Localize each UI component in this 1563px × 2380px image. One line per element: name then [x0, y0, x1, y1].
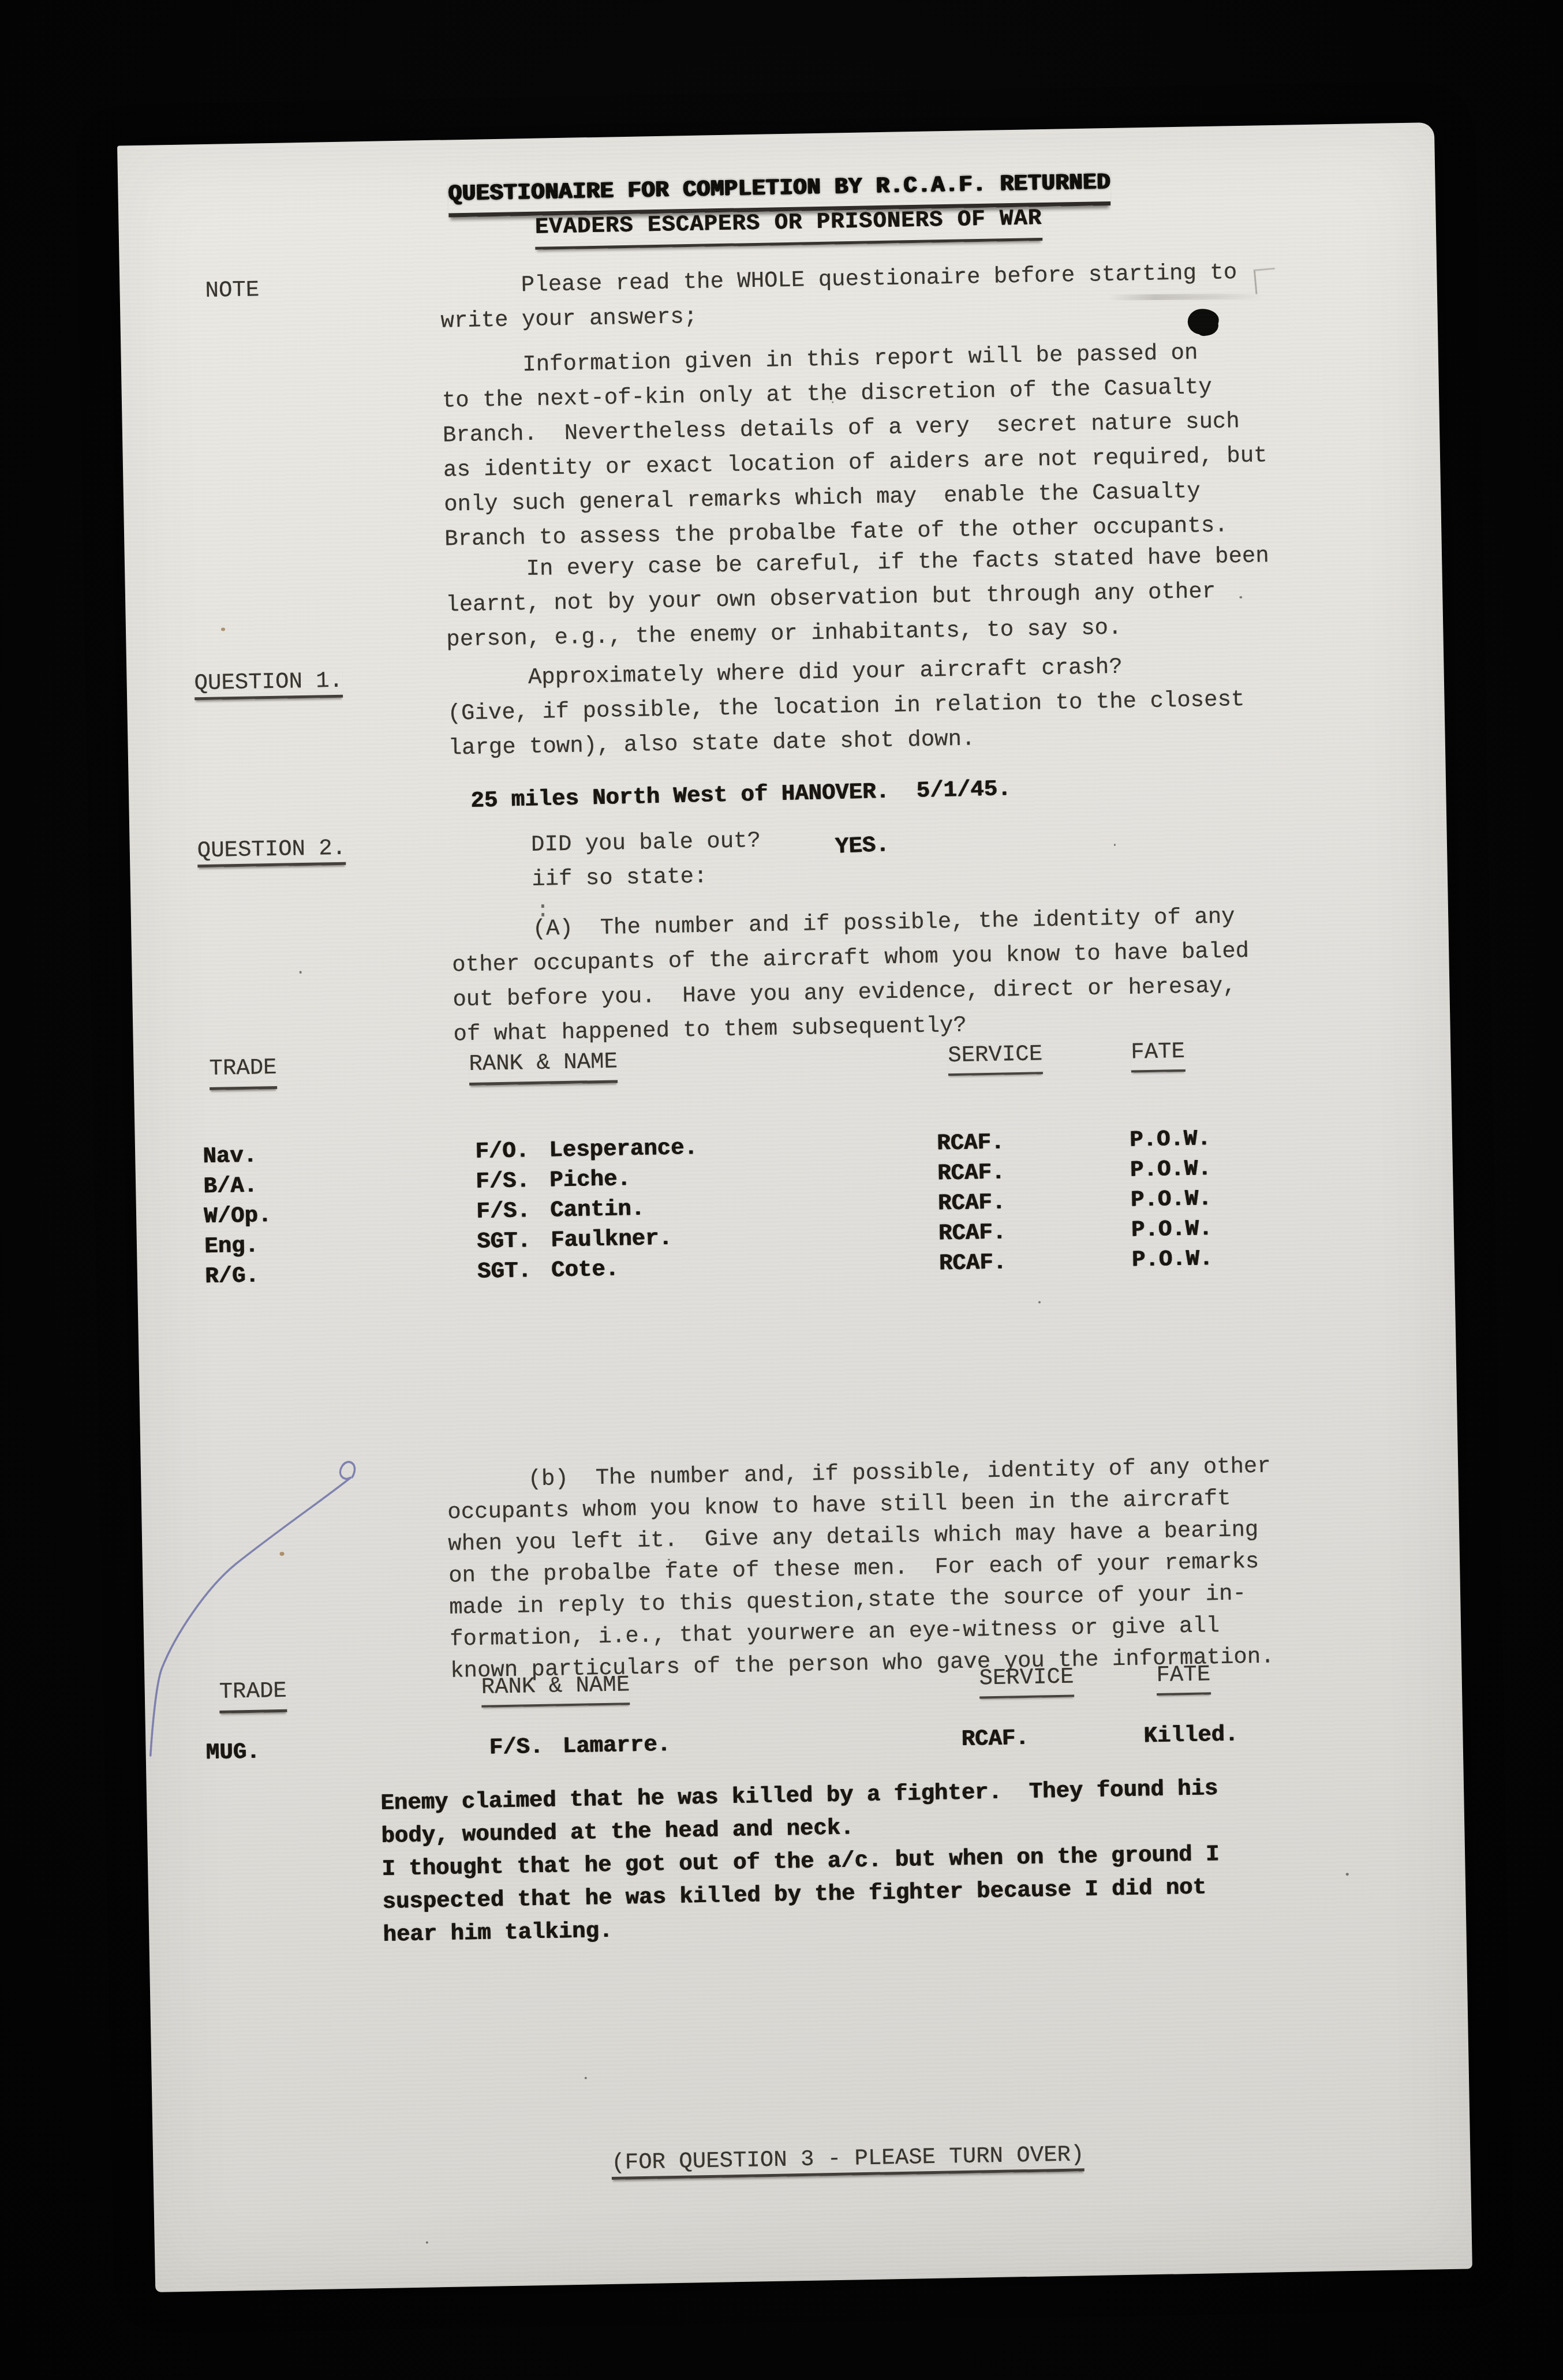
table-b-header-service: SERVICE: [979, 1660, 1074, 1699]
smudge-mark: [1108, 294, 1264, 301]
ink-speck: [1038, 1301, 1041, 1303]
question-2-prompt: DID you bale out? iif so state:: [450, 824, 761, 899]
document-page: QUESTIONAIRE FOR COMPLETION BY R.C.A.F. …: [117, 122, 1472, 2292]
ink-speck: [668, 1559, 670, 1561]
table-a-header-fate: FATE: [1131, 1034, 1186, 1073]
table-b-header-fate: FATE: [1156, 1657, 1211, 1696]
pen-stroke: [140, 1451, 394, 1785]
paper-fleck: [221, 627, 225, 631]
table-a-header-trade: TRADE: [209, 1050, 277, 1090]
ink-speck: [1346, 1873, 1349, 1876]
cell-rank: F/S.: [489, 1730, 544, 1765]
cell-service: RCAF.: [938, 1245, 1007, 1281]
table-a-header-service: SERVICE: [948, 1036, 1043, 1076]
scan-viewport: { "doc": { "title_line1": "QUESTIONAIRE …: [0, 0, 1563, 2380]
page-subtitle: EVADERS ESCAPERS OR PRISONERS OF WAR: [534, 201, 1042, 250]
remarks-paragraph: Enemy claimed that he was killed by a fi…: [380, 1772, 1221, 1952]
cell-name: Lamarre.: [562, 1727, 671, 1764]
ink-speck: [1114, 844, 1116, 846]
ink-speck: [300, 971, 302, 974]
footer-note-text: (FOR QUESTION 3 - PLEASE TURN OVER): [611, 2142, 1085, 2180]
ink-speck: [426, 2241, 428, 2244]
question-1-text: Approximately where did your aircraft cr…: [447, 648, 1246, 766]
paper-fleck: [279, 1552, 284, 1556]
table-b-header-rank-name: RANK & NAME: [481, 1667, 630, 1708]
question-2b-text: (b) The number and, if possible, identit…: [447, 1450, 1274, 1687]
cell-fate: P.O.W.: [1131, 1241, 1213, 1277]
question-2a-text: (A) The number and if possible, the iden…: [451, 899, 1251, 1052]
question-1-label: QUESTION 1.: [194, 668, 343, 701]
question-2-label: QUESTION 2.: [197, 836, 346, 868]
question-2-answer: YES.: [835, 828, 890, 865]
cell-service: RCAF.: [961, 1721, 1029, 1757]
ink-blot: [1187, 309, 1219, 335]
cell-name: Cote.: [551, 1252, 619, 1288]
question-1-answer: 25 miles North West of HANOVER. 5/1/45.: [470, 772, 1011, 818]
question-1: QUESTION 1.: [194, 664, 343, 701]
note-paragraph-3: In every case be careful, if the facts s…: [445, 538, 1271, 657]
footer-note: (FOR QUESTION 3 - PLEASE TURN OVER): [611, 2137, 1085, 2180]
cell-trade: R/G.: [204, 1259, 259, 1294]
note-label: NOTE: [205, 272, 260, 308]
question-2: QUESTION 2.: [197, 831, 346, 869]
table-a-header-rank-name: RANK & NAME: [469, 1044, 618, 1086]
ink-speck: [705, 227, 707, 230]
pencil-mark: [1254, 268, 1277, 294]
note-paragraph-2: Information given in this report will be…: [441, 334, 1269, 556]
cell-rank: SGT.: [477, 1253, 532, 1289]
ink-speck: [832, 402, 833, 403]
cell-fate: Killed.: [1143, 1717, 1239, 1753]
ink-speck: [585, 2077, 587, 2079]
